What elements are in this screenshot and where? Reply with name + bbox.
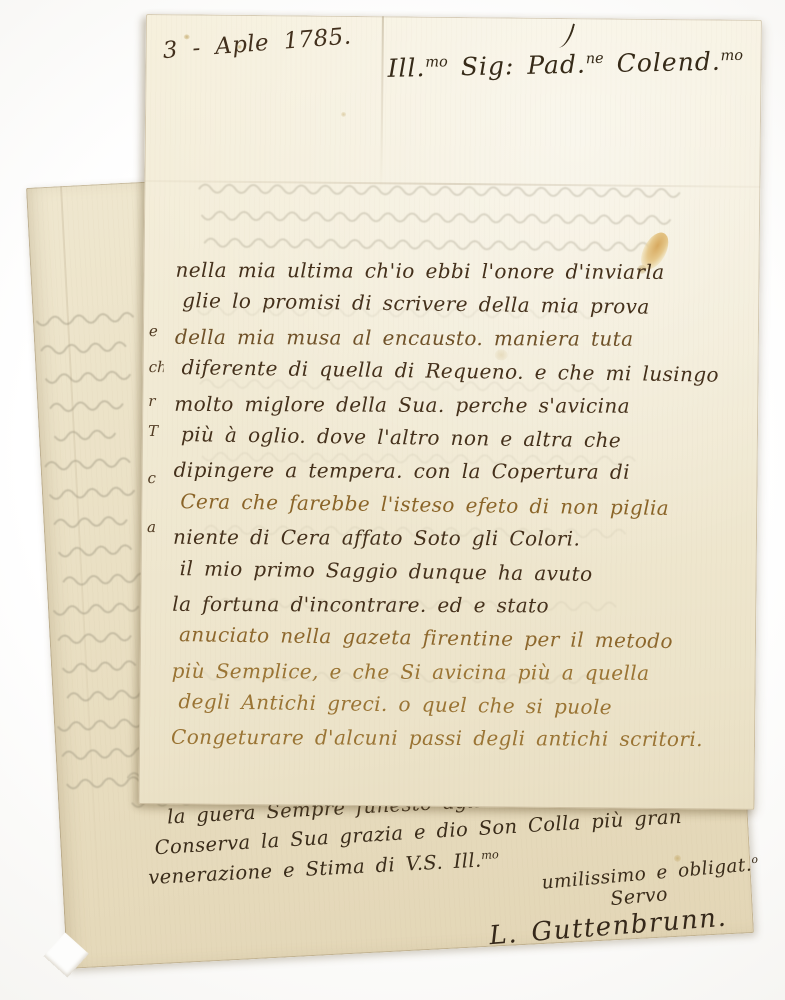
paper-stain — [238, 45, 242, 49]
margin-ink-fragment: e — [149, 322, 164, 340]
body-line: dipingere a tempera. con la Copertura di — [174, 454, 752, 490]
letter-date: 3 - Aple 1785. — [162, 23, 353, 64]
body-line: Cera che farebbe l'isteso efeto di non p… — [180, 485, 751, 526]
margin-ink-fragment: r — [148, 392, 163, 410]
body-line: diferente di quella di Requeno. e che mi… — [181, 351, 752, 392]
body-line: anuciato nella gazeta firentine per il m… — [179, 618, 750, 659]
paper-stain — [184, 34, 190, 39]
letter-salutation: Ill.mo Sig: Pad.ne Colend.mo — [387, 46, 743, 83]
body-line: più Semplice, e che Si avicina più a que… — [172, 654, 750, 690]
paper-stain — [341, 112, 346, 117]
margin-ink-fragment: T — [148, 422, 163, 440]
body-line: molto miglore della Sua. perche s'avicin… — [174, 387, 752, 423]
margin-ink-fragment: ch — [149, 358, 164, 376]
pen-stroke-mark — [557, 21, 575, 50]
margin-ink-fragment: a — [147, 518, 162, 536]
body-line: niente di Cera affato Soto gli Colori. — [173, 521, 751, 557]
paper-corner-notch — [44, 932, 89, 977]
body-line: della mia musa al encausto. maniera tuta — [175, 321, 753, 357]
body-line: glie lo promisi di scrivere della mia pr… — [182, 285, 753, 326]
margin-ink-fragment: c — [147, 469, 162, 487]
letter-body: nella mia ultima ch'io ebbi l'onore d'in… — [171, 252, 754, 758]
fold-crease — [380, 16, 384, 191]
letter-page-1-sheet: 3 - Aple 1785. Ill.mo Sig: Pad.ne Colend… — [138, 14, 762, 810]
body-line: Congeturare d'alcuni passi degli antichi… — [171, 721, 749, 757]
photo-background: la guera Sempre funesto agli belli Arti.… — [0, 0, 785, 1000]
body-line: il mio primo Saggio dunque ha avuto — [179, 552, 750, 593]
